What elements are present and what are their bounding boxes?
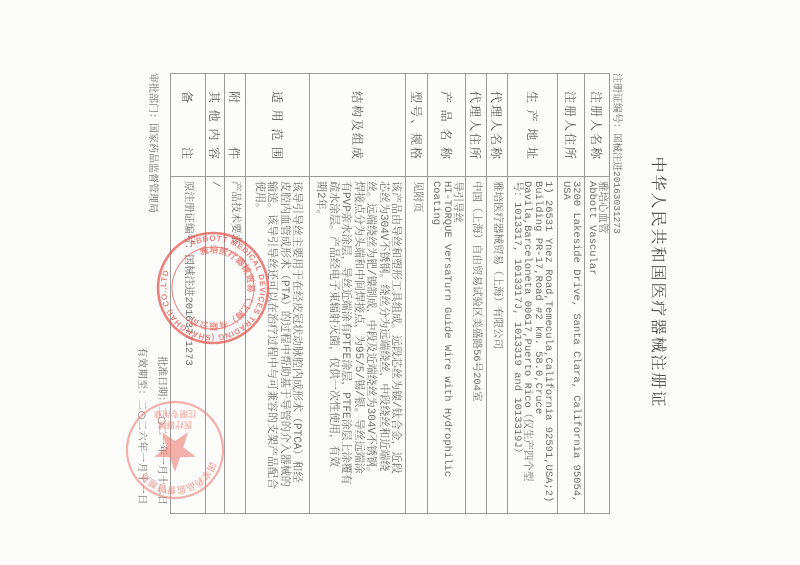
- certificate-title: 中华人民共和国医疗器械注册证: [648, 0, 671, 565]
- label-product-name: 产品名称: [438, 91, 455, 159]
- label-cell-registrant-address: 注册人住所: [558, 74, 585, 177]
- registration-number: 注册证编号：国械注进20163031273: [611, 73, 622, 234]
- label-remarks: 备注: [180, 91, 197, 159]
- label-agent-address: 代理人住所: [468, 91, 485, 159]
- label-cell-agent-address: 代理人住所: [466, 74, 487, 177]
- label-cell-product-name: 产品名称: [428, 74, 466, 177]
- row-model-spec: 型号、规格 见附页: [406, 74, 428, 514]
- row-agent-name: 代理人名称 雅培医疗器械贸易（上海）有限公司: [487, 74, 508, 514]
- label-cell-other-content: 其他内容: [206, 74, 225, 177]
- value-model-spec: 见附页: [406, 177, 428, 514]
- row-registrant-name: 注册人名称 雅培心血管 Abbott Vascular: [585, 74, 610, 514]
- label-agent-name: 代理人名称: [489, 91, 506, 159]
- row-registrant-address: 注册人住所 3200 Lakeside Drive, Santa Clara, …: [558, 74, 585, 514]
- row-product-name: 产品名称 导引导丝 HI-TORQUE VersaTurn Guide Wire…: [428, 74, 466, 514]
- value-registrant-address: 3200 Lakeside Drive, Santa Clara, Califo…: [558, 177, 585, 514]
- label-cell-manufacturing-address: 生产地址: [508, 74, 558, 177]
- registration-number-label: 注册证编号：: [611, 73, 622, 133]
- valid-until-date: 有效期至：二○二六年一月十一日: [136, 73, 147, 505]
- label-registrant-address: 注册人住所: [563, 91, 580, 159]
- value-agent-name: 雅培医疗器械贸易（上海）有限公司: [487, 177, 508, 514]
- row-attachments: 附件 产品技术要求: [225, 74, 246, 514]
- row-agent-address: 代理人住所 中国（上海）自由贸易试验区美盛路56号204室: [466, 74, 487, 514]
- row-remarks: 备注 原注册证编号：国械注进20163771273: [171, 74, 206, 514]
- value-agent-address: 中国（上海）自由贸易试验区美盛路56号204室: [466, 177, 487, 514]
- label-cell-registrant-name: 注册人名称: [585, 74, 610, 177]
- value-manufacturing-address: 1) 26531 Ynez Road,Temecula,California 9…: [508, 177, 558, 514]
- value-registrant-name: 雅培心血管 Abbott Vascular: [585, 177, 610, 514]
- label-cell-model-spec: 型号、规格: [406, 74, 428, 177]
- row-scope-of-application: 适用范围 该导引导丝主要用于在经皮冠状动脉腔内成形术（PTCA）和经 皮腔内血管…: [246, 74, 310, 514]
- registration-table: 注册人名称 雅培心血管 Abbott Vascular 注册人住所 3200 L…: [170, 73, 610, 514]
- label-attachments: 附件: [227, 91, 244, 159]
- label-structure-composition: 结构及组成: [349, 91, 366, 159]
- registration-number-value: 国械注进20163031273: [611, 133, 622, 234]
- label-cell-scope-of-application: 适用范围: [246, 74, 310, 177]
- value-other-content: /: [206, 177, 225, 514]
- label-registrant-name: 注册人名称: [589, 91, 606, 159]
- value-attachments: 产品技术要求: [225, 177, 246, 514]
- row-structure-composition: 结构及组成 该产品由导丝和塑形工具组成。远段芯丝为镍/钛合金，近段 芯丝为304…: [310, 74, 406, 514]
- row-other-content: 其他内容 /: [206, 74, 225, 514]
- label-manufacturing-address: 生产地址: [524, 91, 541, 159]
- label-cell-structure-composition: 结构及组成: [310, 74, 406, 177]
- value-structure-composition: 该产品由导丝和塑形工具组成。远段芯丝为镍/钛合金，近段 芯丝为304V不锈钢。绕…: [310, 177, 406, 514]
- label-cell-agent-name: 代理人名称: [487, 74, 508, 177]
- row-manufacturing-address: 生产地址 1) 26531 Ynez Road,Temecula,Califor…: [508, 74, 558, 514]
- approval-date: 批准日期：二○二一年一月十二日: [156, 73, 167, 505]
- value-scope-of-application: 该导引导丝主要用于在经皮冠状动脉腔内成形术（PTCA）和经 皮腔内血管成形术（P…: [246, 177, 310, 514]
- value-product-name: 导引导丝 HI-TORQUE VersaTurn Guide Wire with…: [428, 177, 466, 514]
- label-scope-of-application: 适用范围: [269, 91, 286, 159]
- label-cell-remarks: 备注: [171, 74, 206, 177]
- registration-certificate-page: 中华人民共和国医疗器械注册证 注册证编号：国械注进20163031273 注册人…: [0, 0, 800, 565]
- label-model-spec: 型号、规格: [408, 91, 425, 159]
- label-other-content: 其他内容: [207, 91, 224, 159]
- value-remarks: 原注册证编号：国械注进20163771273: [171, 177, 206, 514]
- label-cell-attachments: 附件: [225, 74, 246, 177]
